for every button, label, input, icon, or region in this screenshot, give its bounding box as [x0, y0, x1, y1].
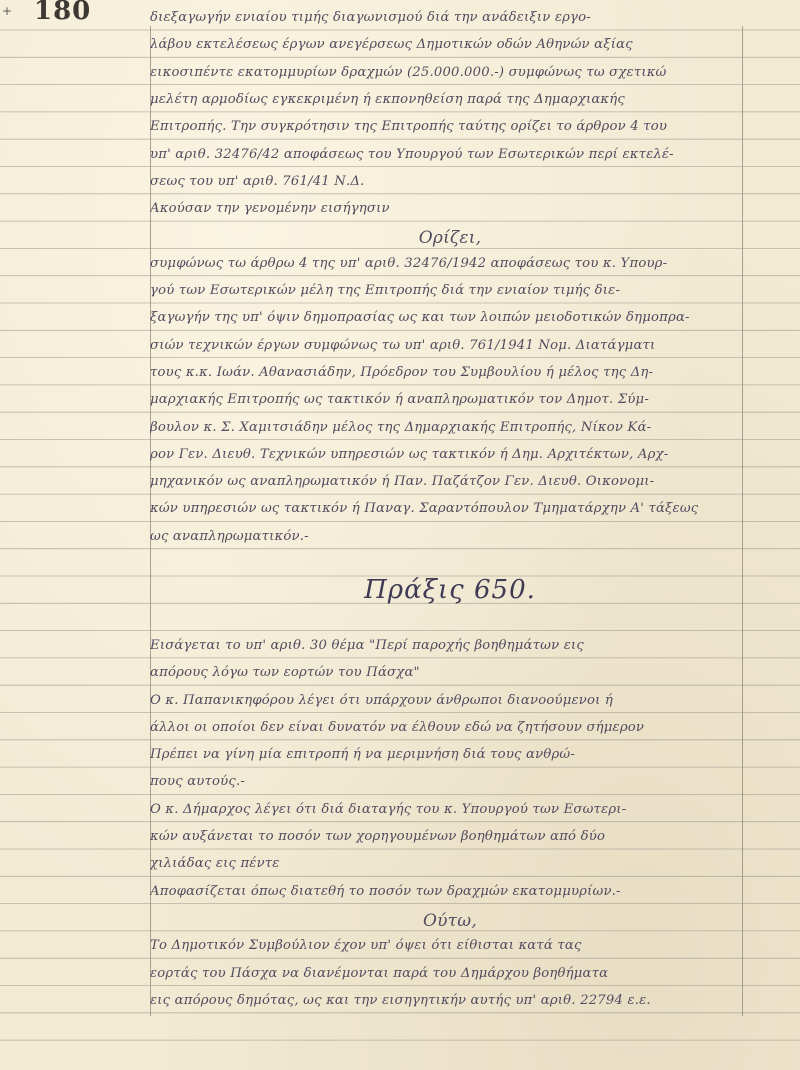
- text-line: συμφώνως τω άρθρω 4 της υπ' αριθ. 32476/…: [150, 256, 750, 271]
- text-line: λάβου εκτελέσεως έργων ανεγέρσεως Δημοτι…: [150, 37, 750, 52]
- text-line: βουλον κ. Σ. Χαμιτσιάδην μέλος της Δημαρ…: [150, 420, 750, 435]
- text-line: ξαγωγήν της υπ' όψιν δημοπρασίας ως και …: [150, 310, 750, 325]
- text-line: Ο κ. Παπανικηφόρου λέγει ότι υπάρχουν άν…: [150, 693, 750, 708]
- text-line: εικοσιπέντε εκατομμυρίων δραχμών (25.000…: [150, 65, 750, 80]
- section-heading: Ορίζει,: [150, 228, 750, 248]
- text-line: ως αναπληρωματικόν.-: [150, 529, 750, 544]
- section-heading: Ούτω,: [150, 911, 750, 931]
- text-line: μαρχιακής Επιτροπής ως τακτικόν ή αναπλη…: [150, 392, 750, 407]
- text-line: μηχανικόν ως αναπληρωματικόν ή Παν. Παζά…: [150, 474, 750, 489]
- text-line: κών αυξάνεται το ποσόν των χορηγουμένων …: [150, 829, 750, 844]
- text-line: Ακούσαν την γενομένην εισήγησιν: [150, 201, 750, 216]
- text-line: χιλιάδας εις πέντε: [150, 856, 750, 871]
- page-number: 180: [34, 0, 91, 26]
- text-line: Αποφασίζεται όπως διατεθή το ποσόν των δ…: [150, 884, 750, 899]
- text-line: απόρους λόγω των εορτών του Πάσχα": [150, 665, 750, 680]
- text-line: πους αυτούς.-: [150, 774, 750, 789]
- text-line: άλλοι οι οποίοι δεν είναι δυνατόν να έλθ…: [150, 720, 750, 735]
- text-line: κών υπηρεσιών ως τακτικόν ή Παναγ. Σαραν…: [150, 501, 750, 516]
- text-line: υπ' αριθ. 32476/42 αποφάσεως του Υπουργο…: [150, 147, 750, 162]
- text-line: εις απόρους δημότας, ως και την εισηγητι…: [150, 993, 750, 1008]
- text-line: σιών τεχνικών έργων συμφώνως τω υπ' αριθ…: [150, 338, 750, 353]
- text-line: τους κ.κ. Ιωάν. Αθανασιάδην, Πρόεδρον το…: [150, 365, 750, 380]
- text-line: σεως του υπ' αριθ. 761/41 Ν.Δ.: [150, 174, 750, 189]
- page-mark: +: [2, 4, 12, 18]
- text-line: Επιτροπής. Την συγκρότησιν της Επιτροπής…: [150, 119, 750, 134]
- text-line: ρον Γεν. Διευθ. Τεχνικών υπηρεσιών ως τα…: [150, 447, 750, 462]
- text-line: Ο κ. Δήμαρχος λέγει ότι διά διαταγής του…: [150, 802, 750, 817]
- text-line: Πρέπει να γίνη μία επιτροπή ή να μεριμνή…: [150, 747, 750, 762]
- text-line: γού των Εσωτερικών μέλη της Επιτροπής δι…: [150, 283, 750, 298]
- act-heading: Πράξις 650.: [150, 575, 750, 605]
- text-line: μελέτη αρμοδίως εγκεκριμένη ή εκπονηθείσ…: [150, 92, 750, 107]
- text-line: εορτάς του Πάσχα να διανέμονται παρά του…: [150, 966, 750, 981]
- text-line: Εισάγεται το υπ' αριθ. 30 θέμα "Περί παρ…: [150, 638, 750, 653]
- text-line: Το Δημοτικόν Συμβούλιον έχον υπ' όψει ότ…: [150, 938, 750, 953]
- text-line: διεξαγωγήν ενιαίου τιμής διαγωνισμού διά…: [150, 10, 750, 25]
